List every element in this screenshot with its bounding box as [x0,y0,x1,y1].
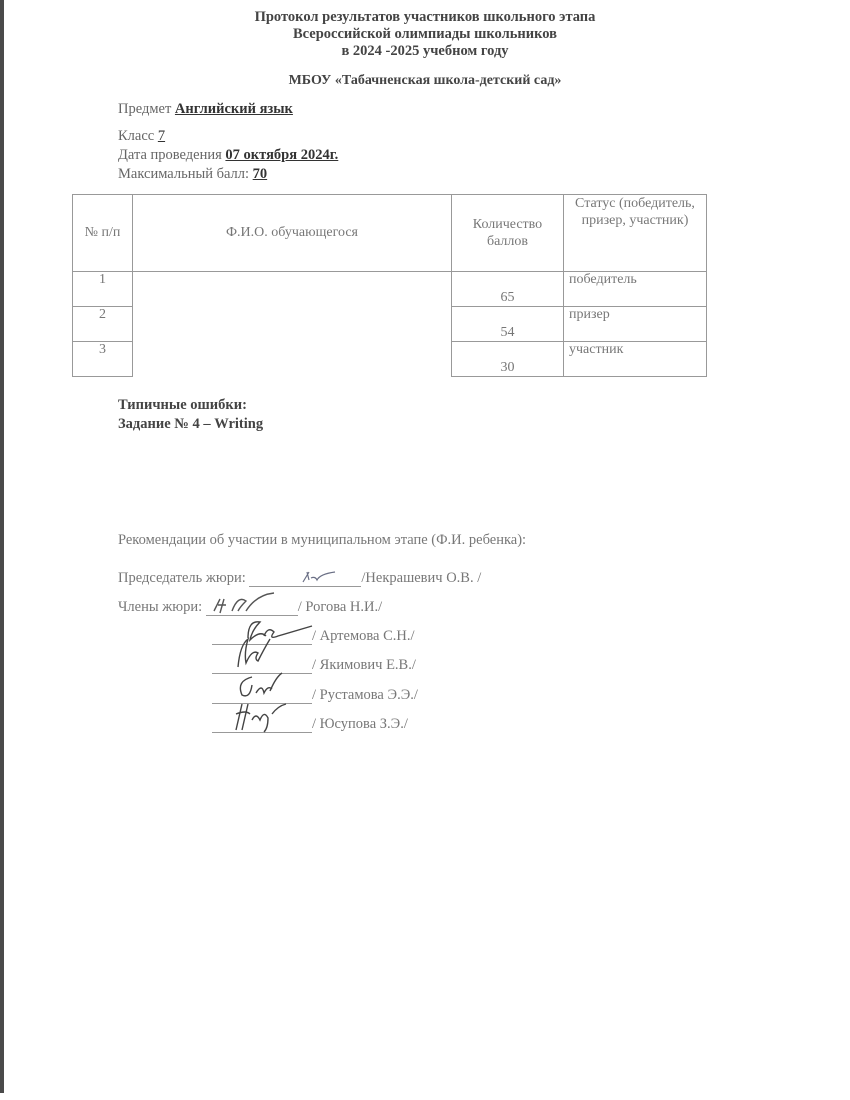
typical-errors-title: Типичные ошибки: [118,397,247,414]
signature-icon [206,593,296,619]
subject-value: Английский язык [175,101,293,117]
signature-icon [212,700,302,736]
table-row: 1 65 победитель [73,272,707,307]
jury-members-row: Члены жюри: / Рогова Н.И./ [118,599,382,616]
document-title: Протокол результатов участников школьног… [0,9,850,60]
date-value: 07 октября 2024г. [225,147,338,163]
scan-edge [0,0,4,1093]
signature-icon [249,568,329,590]
student-name [133,307,452,342]
jury-member-row: / Юсупова З.Э./ [212,716,408,733]
jury-chair-row: Председатель жюри: /Некрашевич О.В. / [118,570,481,587]
results-table: № п/п Ф.И.О. обучающегося Количество бал… [72,194,707,377]
header-status: Статус (победитель, призер, участник) [564,195,707,272]
table-header-row: № п/п Ф.И.О. обучающегося Количество бал… [73,195,707,272]
header-score: Количество баллов [452,195,564,272]
title-line-1: Протокол результатов участников школьног… [0,9,850,26]
signature-line [212,716,312,733]
title-line-3: в 2024 -2025 учебном году [0,43,850,60]
table-row: 2 54 призер [73,307,707,342]
grade-value: 7 [158,128,165,144]
signature-line [206,599,298,616]
date-field: Дата проведения 07 октября 2024г. [118,147,338,164]
signature-line [249,570,361,587]
header-num: № п/п [73,195,133,272]
max-score-field: Максимальный балл: 70 [118,166,267,183]
typical-errors-item: Задание № 4 – Writing [118,416,263,433]
grade-field: Класс 7 [118,128,165,145]
table-row: 3 30 участник [73,342,707,377]
recommendation-text: Рекомендации об участии в муниципальном … [118,532,526,549]
school-name: МБОУ «Табачненская школа-детский сад» [0,73,850,89]
subject-field: Предмет Английский язык [118,101,293,118]
max-score-value: 70 [253,166,268,182]
student-name [133,342,452,377]
title-line-2: Всероссийской олимпиады школьников [0,26,850,43]
student-name [133,272,452,307]
header-name: Ф.И.О. обучающегося [133,195,452,272]
